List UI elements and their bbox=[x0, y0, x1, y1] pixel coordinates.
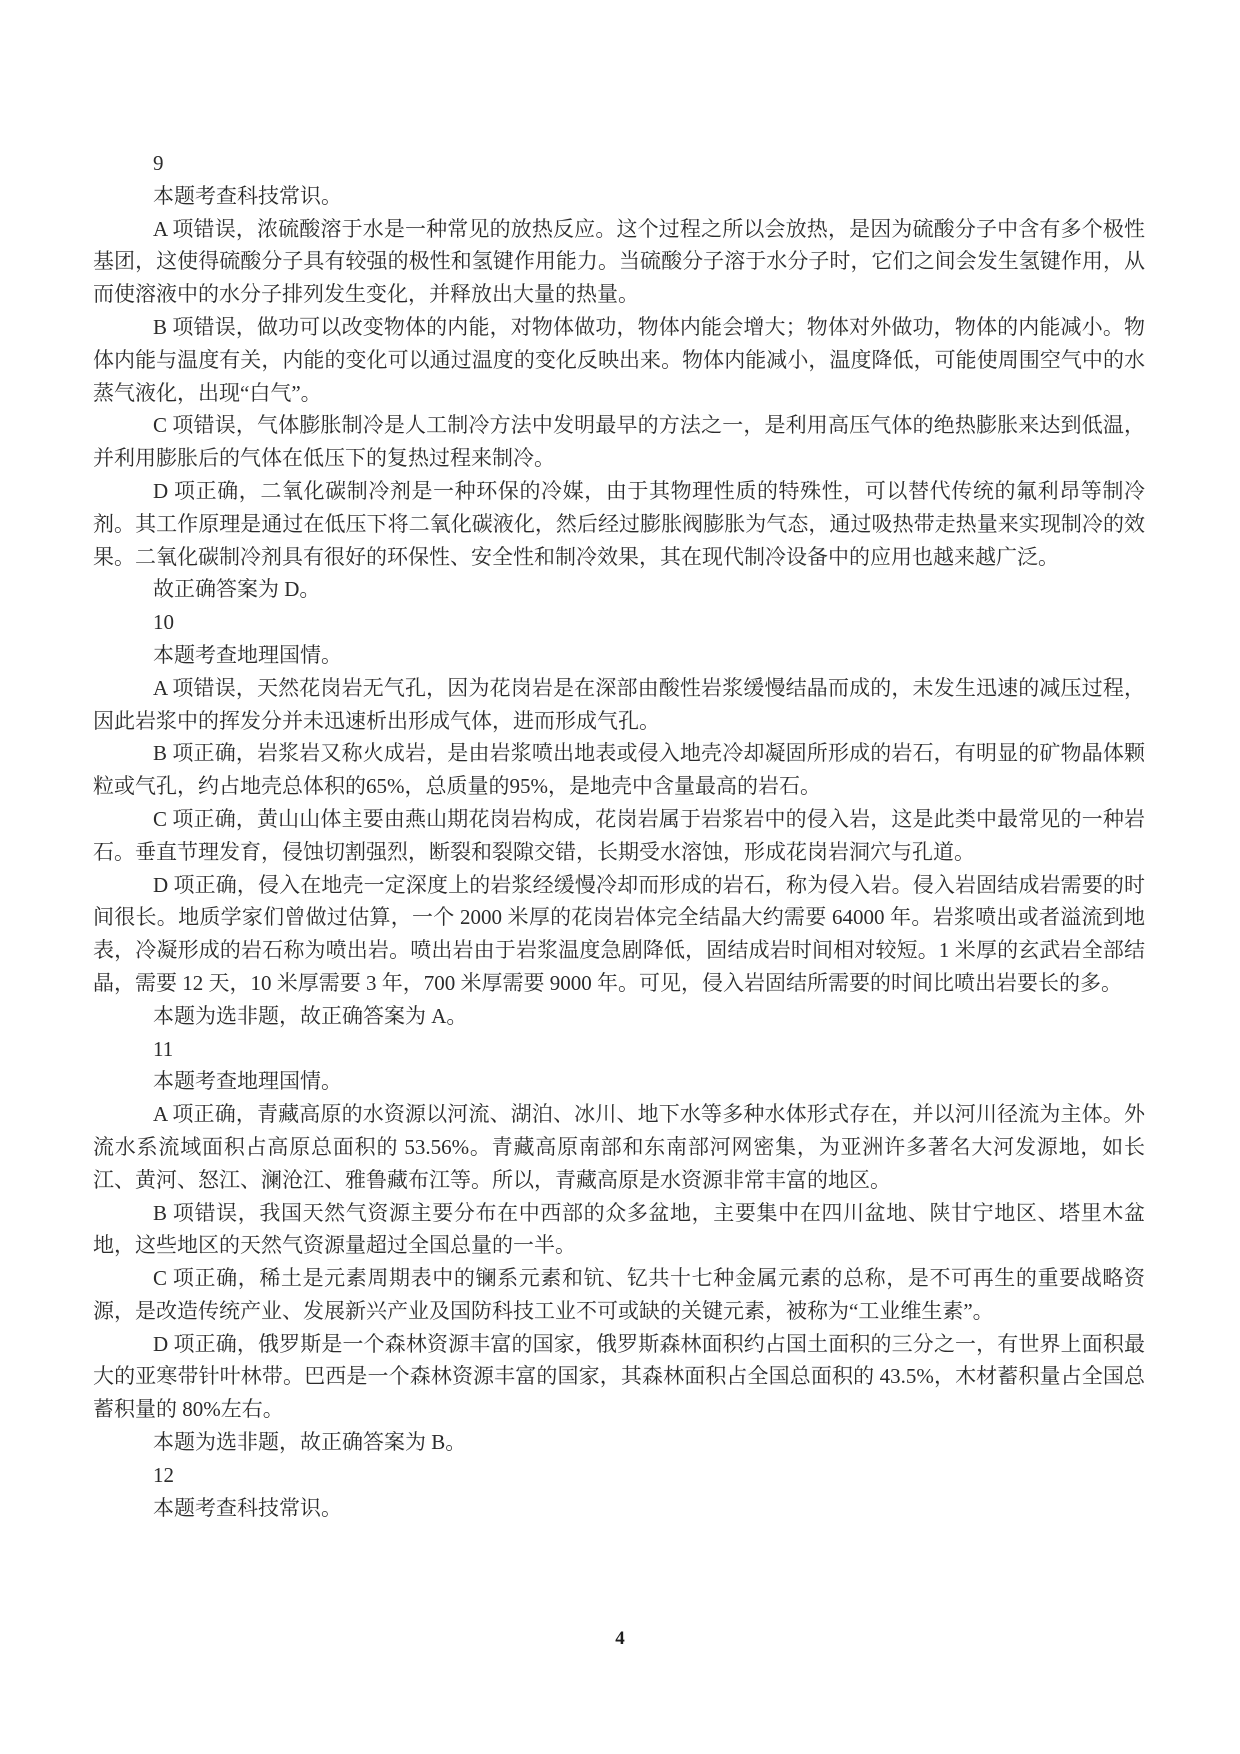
paragraph: D 项正确，侵入在地壳一定深度上的岩浆经缓慢冷却而形成的岩石，称为侵入岩。侵入岩… bbox=[93, 869, 1145, 1000]
paragraph: 本题考查地理国情。 bbox=[93, 639, 1145, 672]
paragraph: A 项错误，天然花岗岩无气孔，因为花岗岩是在深部由酸性岩浆缓慢结晶而成的，未发生… bbox=[93, 672, 1145, 738]
answer-line: 本题为选非题，故正确答案为 A。 bbox=[93, 1000, 1145, 1033]
paragraph: 本题考查地理国情。 bbox=[93, 1065, 1145, 1098]
question-number: 12 bbox=[93, 1459, 1145, 1492]
answer-line: 故正确答案为 D。 bbox=[93, 573, 1145, 606]
page-number: 4 bbox=[0, 1628, 1240, 1650]
paragraph: C 项正确，黄山山体主要由燕山期花岗岩构成，花岗岩属于岩浆岩中的侵入岩，这是此类… bbox=[93, 803, 1145, 869]
paragraph: B 项错误，我国天然气资源主要分布在中西部的众多盆地，主要集中在四川盆地、陕甘宁… bbox=[93, 1197, 1145, 1263]
paragraph: 本题考查科技常识。 bbox=[93, 180, 1145, 213]
question-number: 11 bbox=[93, 1033, 1145, 1066]
answer-line: 本题为选非题，故正确答案为 B。 bbox=[93, 1426, 1145, 1459]
paragraph: C 项错误，气体膨胀制冷是人工制冷方法中发明最早的方法之一，是利用高压气体的绝热… bbox=[93, 409, 1145, 475]
paragraph: C 项正确，稀土是元素周期表中的镧系元素和钪、钇共十七种金属元素的总称，是不可再… bbox=[93, 1262, 1145, 1328]
paragraph: A 项错误，浓硫酸溶于水是一种常见的放热反应。这个过程之所以会放热，是因为硫酸分… bbox=[93, 213, 1145, 311]
paragraph: A 项正确，青藏高原的水资源以河流、湖泊、冰川、地下水等多种水体形式存在，并以河… bbox=[93, 1098, 1145, 1196]
paragraph: B 项正确，岩浆岩又称火成岩，是由岩浆喷出地表或侵入地壳冷却凝固所形成的岩石，有… bbox=[93, 737, 1145, 803]
question-number: 9 bbox=[93, 147, 1145, 180]
paragraph: D 项正确，俄罗斯是一个森林资源丰富的国家，俄罗斯森林面积约占国土面积的三分之一… bbox=[93, 1328, 1145, 1426]
page-content: 9 本题考查科技常识。 A 项错误，浓硫酸溶于水是一种常见的放热反应。这个过程之… bbox=[93, 147, 1145, 1524]
document-page: 9 本题考查科技常识。 A 项错误，浓硫酸溶于水是一种常见的放热反应。这个过程之… bbox=[0, 0, 1240, 1754]
question-number: 10 bbox=[93, 606, 1145, 639]
paragraph: 本题考查科技常识。 bbox=[93, 1492, 1145, 1525]
paragraph: D 项正确，二氧化碳制冷剂是一种环保的冷媒，由于其物理性质的特殊性，可以替代传统… bbox=[93, 475, 1145, 573]
paragraph: B 项错误，做功可以改变物体的内能，对物体做功，物体内能会增大；物体对外做功，物… bbox=[93, 311, 1145, 409]
